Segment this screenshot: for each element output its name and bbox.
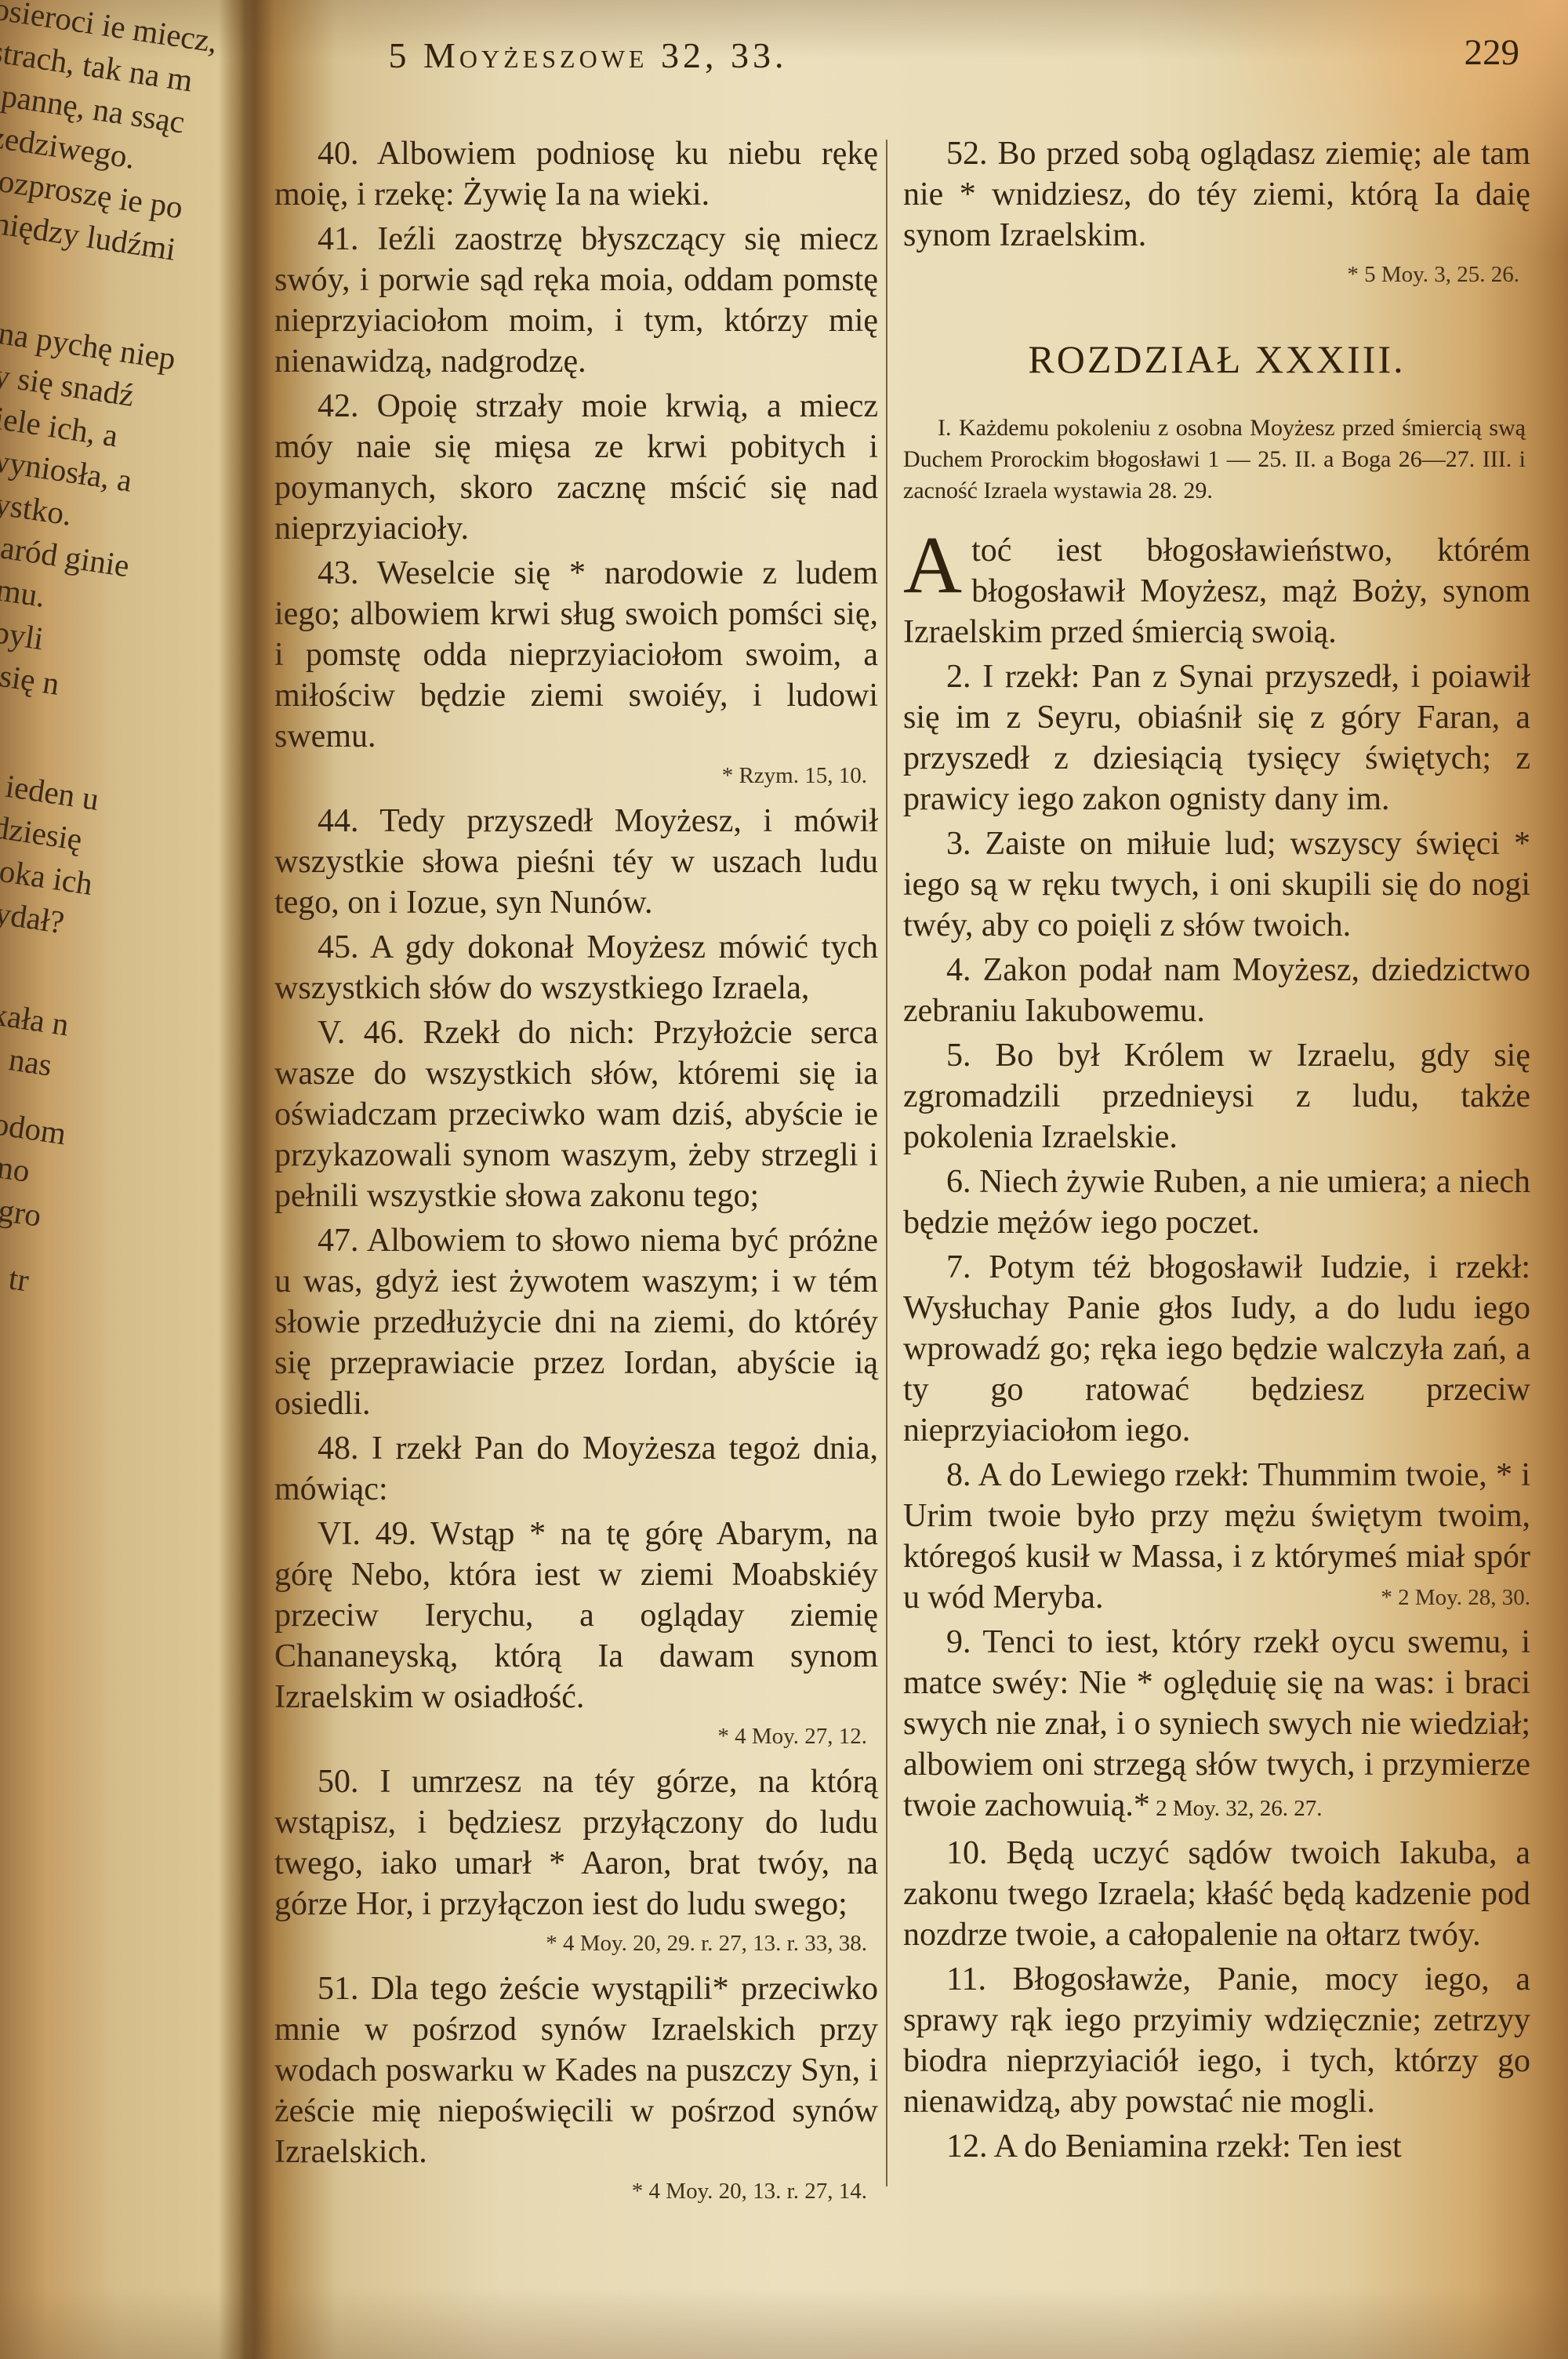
footnote-reference: * 4 Moy. 20, 29. r. 27, 13. r. 33, 38. (274, 1929, 867, 1957)
verse-text: 3. Zaiste on miłuie lud; wszyscy święci … (903, 826, 1530, 943)
verse-paragraph: 45. A gdy dokonał Moyżesz mówić tych wsz… (274, 927, 878, 1009)
verse-paragraph: 6. Niech żywie Ruben, a nie umiera; a ni… (903, 1161, 1530, 1243)
verse-paragraph: 12. A do Beniamina rzekł: Ten iest (903, 2126, 1530, 2167)
verse-text: 2. I rzekł: Pan z Synai przyszedł, i poi… (903, 659, 1530, 817)
verse-paragraph: 5. Bo był Królem w Izraelu, gdy się zgro… (903, 1035, 1530, 1158)
verse-text: 50. I umrzesz na téy górze, na którą wst… (274, 1764, 878, 1922)
verse-paragraph: 42. Opoię strzały moie krwią, a miecz mó… (274, 386, 878, 549)
verse-text: toć iest błogosławieństwo, którém błogos… (903, 533, 1530, 650)
footnote-reference: * 4 Moy. 20, 13. r. 27, 14. (274, 2177, 867, 2205)
chapter-heading: ROZDZIAŁ XXXIII. (903, 337, 1530, 381)
verse-paragraph: 7. Potym téż błogosławił Iudzie, i rzekł… (903, 1247, 1530, 1451)
verse-paragraph: 50. I umrzesz na téy górze, na którą wst… (274, 1761, 878, 1925)
verse-text: 43. Weselcie się * narodowie z ludem ieg… (274, 555, 878, 754)
sideline-footnote-reference: * 2 Moy. 28, 30. (1338, 1577, 1530, 1618)
verse-paragraph: 10. Będą uczyć sądów twoich Iakuba, a za… (903, 1833, 1530, 1955)
running-head-title: 5 Moyżeszowe 32, 33. (329, 35, 847, 76)
verse-text: 40. Albowiem podniosę ku niebu rękę moię… (274, 136, 878, 213)
verse-paragraph: 40. Albowiem podniosę ku niebu rękę moię… (274, 133, 878, 215)
verse-text: 41. Ieźli zaostrzę błyszczący się miecz … (274, 221, 878, 380)
verse-paragraph: 9. Tenci to iest, który rzekł oycu swemu… (903, 1622, 1530, 1829)
verse-text: 6. Niech żywie Ruben, a nie umiera; a ni… (903, 1164, 1530, 1241)
verse-paragraph: 52. Bo przed sobą oglądasz ziemię; ale t… (903, 133, 1530, 256)
verse-text: 42. Opoię strzały moie krwią, a miecz mó… (274, 388, 878, 547)
chapter-summary: I. Każdemu pokoleniu z osobna Moyżesz pr… (903, 413, 1526, 507)
verse-paragraph: 11. Błogosławże, Panie, mocy iego, a spr… (903, 1959, 1530, 2122)
verse-paragraph: 2. I rzekł: Pan z Synai przyszedł, i poi… (903, 656, 1530, 820)
verse-paragraph: 47. Albowiem to słowo niema być próżne u… (274, 1220, 878, 1424)
verse-text: 10. Będą uczyć sądów twoich Iakuba, a za… (903, 1835, 1530, 1953)
previous-page-edge: nątrz osieroci ie miecz,ędzie strach, ta… (0, 0, 267, 2359)
footnote-reference: * 4 Moy. 27, 12. (274, 1722, 867, 1750)
column-divider-rule (886, 140, 887, 2186)
verse-paragraph: 51. Dla tego żeście wystąpili* przeciwko… (274, 1968, 878, 2172)
verse-paragraph: 43. Weselcie się * narodowie z ludem ieg… (274, 553, 878, 757)
verse-text: 52. Bo przed sobą oglądasz ziemię; ale t… (903, 136, 1530, 253)
verse-paragraph: 4. Zakon podał nam Moyżesz, dziedzictwo … (903, 950, 1530, 1031)
previous-page-text: nątrz osieroci ie miecz,ędzie strach, ta… (0, 0, 267, 2331)
verse-text: 9. Tenci to iest, który rzekł oycu swemu… (903, 1624, 1530, 1823)
verse-text: 44. Tedy przyszedł Moyżesz, i mówił wszy… (274, 803, 878, 921)
verse-text: 12. A do Beniamina rzekł: Ten iest (946, 2128, 1402, 2165)
drop-cap-initial: A (903, 530, 971, 599)
verse-text: 47. Albowiem to słowo niema być próżne u… (274, 1223, 878, 1422)
verse-paragraph: Atoć iest błogosławieństwo, którém błogo… (903, 530, 1530, 652)
verse-text: VI. 49. Wstąp * na tę górę Abarym, na gó… (274, 1516, 878, 1715)
verse-paragraph: 41. Ieźli zaostrzę błyszczący się miecz … (274, 219, 878, 382)
footnote-reference: * 5 Moy. 3, 25. 26. (903, 260, 1519, 289)
verse-text: V. 46. Rzekł do nich: Przyłożcie serca w… (274, 1015, 878, 1214)
verse-paragraph: 44. Tedy przyszedł Moyżesz, i mówił wszy… (274, 801, 878, 923)
verse-text: 5. Bo był Królem w Izraelu, gdy się zgro… (903, 1038, 1530, 1155)
verse-text: 11. Błogosławże, Panie, mocy iego, a spr… (903, 1961, 1530, 2120)
verse-paragraph: VI. 49. Wstąp * na tę górę Abarym, na gó… (274, 1514, 878, 1717)
verse-text: 45. A gdy dokonał Moyżesz mówić tych wsz… (274, 929, 878, 1006)
verse-paragraph: 3. Zaiste on miłuie lud; wszyscy święci … (903, 823, 1530, 946)
page-number: 229 (1465, 31, 1520, 74)
verse-paragraph: 48. I rzekł Pan do Moyżesza tegoż dnia, … (274, 1428, 878, 1510)
right-text-column: 52. Bo przed sobą oglądasz ziemię; ale t… (903, 133, 1530, 2171)
verse-paragraph: 8. A do Lewiego rzekł: Thummim twoie, * … (903, 1455, 1530, 1618)
verse-text: 51. Dla tego żeście wystąpili* przeciwko… (274, 1971, 878, 2170)
footnote-reference: * Rzym. 15, 10. (274, 761, 867, 790)
verse-text: 4. Zakon podał nam Moyżesz, dziedzictwo … (903, 952, 1530, 1029)
book-page-scan: nątrz osieroci ie miecz,ędzie strach, ta… (0, 0, 1568, 2359)
inline-footnote-reference: 2 Moy. 32, 26. 27. (1150, 1796, 1323, 1821)
verse-paragraph: V. 46. Rzekł do nich: Przyłożcie serca w… (274, 1012, 878, 1216)
verse-text: 48. I rzekł Pan do Moyżesza tegoż dnia, … (274, 1430, 878, 1507)
verse-text: 7. Potym téż błogosławił Iudzie, i rzekł… (903, 1249, 1530, 1448)
left-text-column: 40. Albowiem podniosę ku niebu rękę moię… (274, 133, 878, 2216)
